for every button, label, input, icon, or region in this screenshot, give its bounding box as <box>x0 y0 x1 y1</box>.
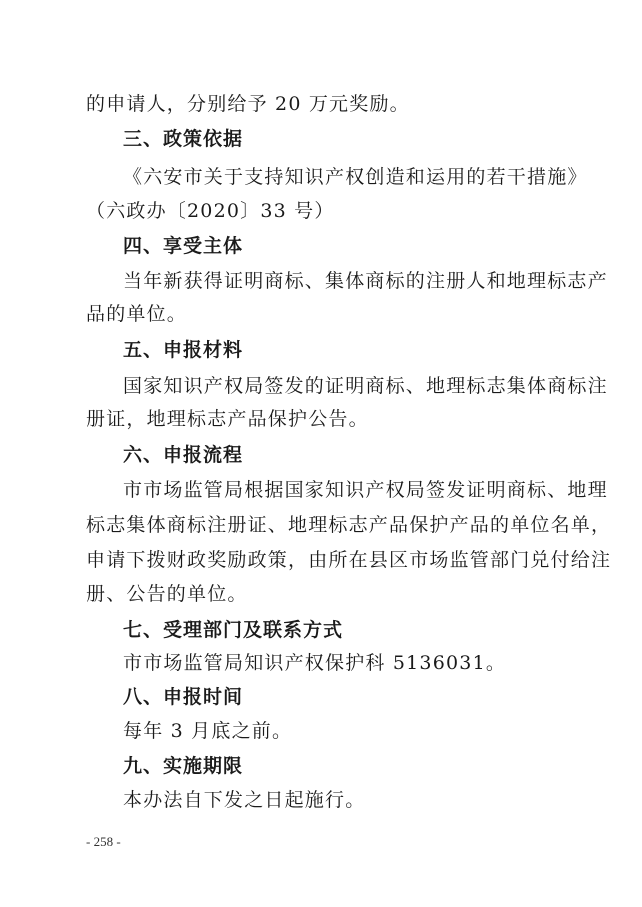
section-heading-5-materials: 五、申报材料 <box>123 335 567 365</box>
body-line-process-2: 标志集体商标注册证、地理标志产品保护产品的单位名单， <box>86 510 567 540</box>
body-line-policy-doc-number: （六政办〔2020〕33 号） <box>86 196 567 226</box>
body-line-eligible-1: 当年新获得证明商标、集体商标的注册人和地理标志产 <box>123 266 567 296</box>
section-heading-9-effective-period: 九、实施期限 <box>123 751 567 781</box>
section-heading-3-policy-basis: 三、政策依据 <box>123 124 567 154</box>
section-heading-4-eligible-entities: 四、享受主体 <box>123 231 567 261</box>
body-line-effective-period: 本办法自下发之日起施行。 <box>123 785 567 815</box>
document-page: 的申请人，分别给予 20 万元奖励。 三、政策依据 《六安市关于支持知识产权创造… <box>0 0 642 907</box>
body-line-eligible-2: 品的单位。 <box>86 299 567 329</box>
body-line-policy-title: 《六安市关于支持知识产权创造和运用的若干措施》 <box>123 162 567 192</box>
body-line-1: 的申请人，分别给予 20 万元奖励。 <box>86 89 567 119</box>
section-heading-6-process: 六、申报流程 <box>123 440 567 470</box>
body-line-deadline: 每年 3 月底之前。 <box>123 716 567 746</box>
body-line-process-3: 申请下拨财政奖励政策，由所在县区市场监管部门兑付给注 <box>86 545 567 575</box>
body-line-process-4: 册、公告的单位。 <box>86 579 567 609</box>
body-line-materials-1: 国家知识产权局签发的证明商标、地理标志集体商标注 <box>123 371 567 401</box>
body-line-process-1: 市市场监管局根据国家知识产权局签发证明商标、地理 <box>123 475 567 505</box>
section-heading-8-deadline: 八、申报时间 <box>123 682 567 712</box>
section-heading-7-contact: 七、受理部门及联系方式 <box>123 615 567 645</box>
body-line-contact: 市市场监管局知识产权保护科 5136031。 <box>123 648 567 678</box>
body-line-materials-2: 册证，地理标志产品保护公告。 <box>86 404 567 434</box>
page-number: - 258 - <box>86 832 121 852</box>
